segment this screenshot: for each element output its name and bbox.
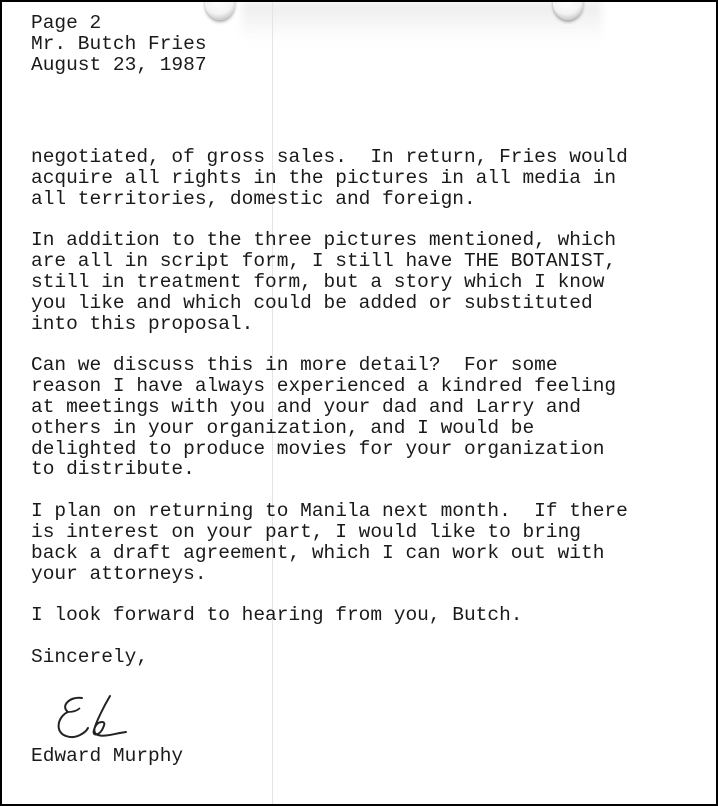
- text-line: negotiated, of gross sales. In return, F…: [31, 147, 711, 168]
- closing-salutation: Sincerely,: [31, 647, 711, 668]
- signature-icon: [52, 692, 142, 742]
- letter-paragraph: I plan on returning to Manila next month…: [31, 501, 711, 584]
- text-line: are all in script form, I still have THE…: [31, 251, 711, 272]
- letter-body: negotiated, of gross sales. In return, F…: [31, 147, 711, 668]
- signer-name: Edward Murphy: [31, 746, 183, 767]
- text-line: In addition to the three pictures mentio…: [31, 230, 711, 251]
- text-line: reason I have always experienced a kindr…: [31, 376, 711, 397]
- text-line: at meetings with you and your dad and La…: [31, 397, 711, 418]
- text-line: others in your organization, and I would…: [31, 418, 711, 439]
- text-line: I plan on returning to Manila next month…: [31, 501, 711, 522]
- text-line: back a draft agreement, which I can work…: [31, 543, 711, 564]
- letter-page: Page 2 Mr. Butch Fries August 23, 1987 n…: [2, 2, 716, 804]
- text-line: I look forward to hearing from you, Butc…: [31, 605, 711, 626]
- text-line: delighted to produce movies for your org…: [31, 439, 711, 460]
- text-line: into this proposal.: [31, 314, 711, 335]
- page-number: Page 2: [31, 13, 207, 34]
- text-line: to distribute.: [31, 459, 711, 480]
- letter-paragraph: In addition to the three pictures mentio…: [31, 230, 711, 334]
- text-line: is interest on your part, I would like t…: [31, 522, 711, 543]
- text-line: Can we discuss this in more detail? For …: [31, 355, 711, 376]
- text-line: acquire all rights in the pictures in al…: [31, 168, 711, 189]
- punch-hole-icon: [205, 2, 235, 20]
- letter-paragraph: Can we discuss this in more detail? For …: [31, 355, 711, 480]
- text-line: all territories, domestic and foreign.: [31, 189, 711, 210]
- letter-paragraph: I look forward to hearing from you, Butc…: [31, 605, 711, 626]
- letter-date: August 23, 1987: [31, 55, 207, 76]
- text-line: your attorneys.: [31, 564, 711, 585]
- scan-smudge: [242, 2, 602, 42]
- text-line: still in treatment form, but a story whi…: [31, 272, 711, 293]
- recipient-name: Mr. Butch Fries: [31, 34, 207, 55]
- letter-header: Page 2 Mr. Butch Fries August 23, 1987: [31, 13, 207, 76]
- text-line: you like and which could be added or sub…: [31, 293, 711, 314]
- letter-paragraph: negotiated, of gross sales. In return, F…: [31, 147, 711, 209]
